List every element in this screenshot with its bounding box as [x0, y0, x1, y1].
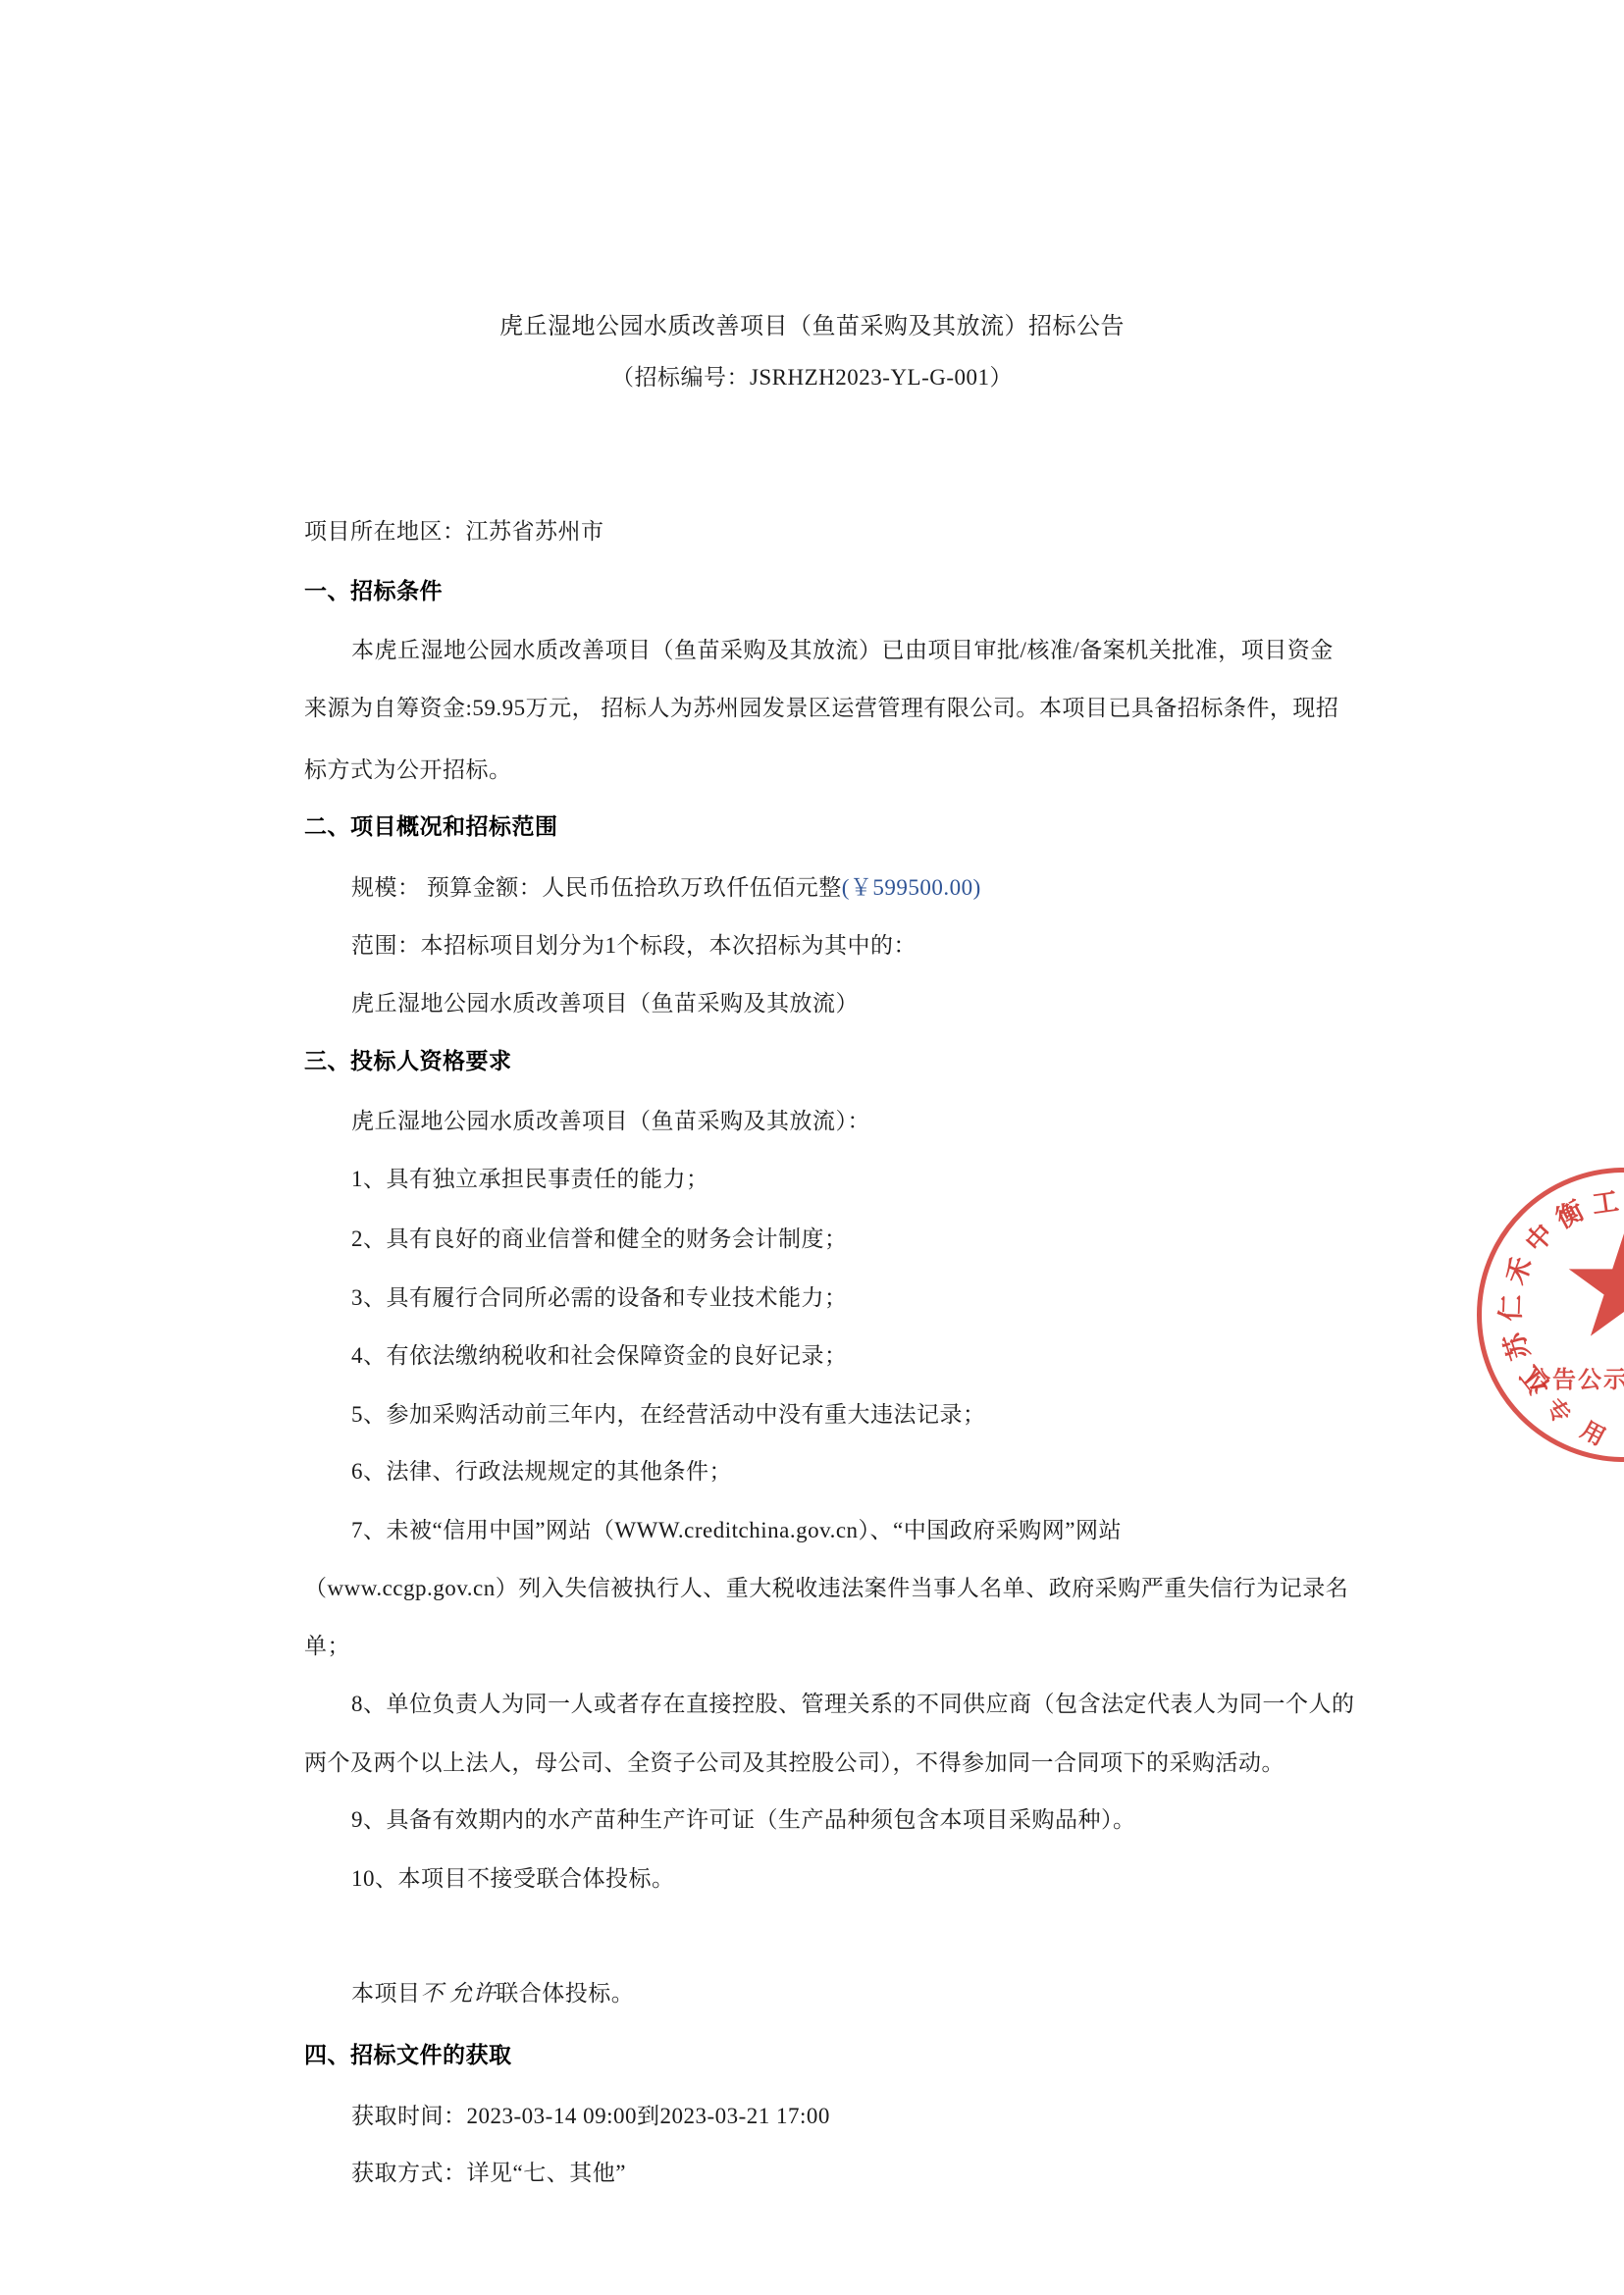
qualification-item-10: 10、本项目不接受联合体投标。: [351, 1864, 675, 1894]
stamp-arc-char: 中: [1516, 1215, 1563, 1262]
stamp-arc-char: 江: [1511, 1356, 1558, 1403]
section4-heading: 四、招标文件的获取: [304, 2041, 512, 2070]
qualification-item-8-cont: 两个及两个以上法人，母公司、全资子公司及其控股公司），不得参加同一合同项下的采购…: [304, 1748, 1284, 1778]
document-page: 虎丘湿地公园水质改善项目（鱼苗采购及其放流）招标公告 （招标编号：JSRHZH2…: [0, 0, 1624, 2295]
stamp-arc-char: 苏: [1496, 1326, 1539, 1368]
document-title: 虎丘湿地公园水质改善项目（鱼苗采购及其放流）招标公告: [0, 312, 1624, 341]
stamp-ring: [1477, 1168, 1624, 1462]
qualification-item-7-end: 单；: [304, 1632, 350, 1661]
qualification-item-1: 1、具有独立承担民事责任的能力；: [351, 1165, 709, 1194]
qualification-item-5: 5、参加采购活动前三年内，在经营活动中没有重大违法记录；: [351, 1400, 986, 1430]
joint-bid-value: 不 允许: [421, 1981, 497, 2006]
qualification-item-3: 3、具有履行合同所必需的设备和专业技术能力；: [351, 1283, 848, 1313]
stamp-inner-text: 公告公示: [1527, 1360, 1624, 1394]
joint-bid-suffix: 联合体投标。: [496, 1981, 634, 2006]
obtain-method-line: 获取方式：详见“七、其他”: [351, 2159, 626, 2188]
budget-text: 规模： 预算金额：人民币伍拾玖万玖仟伍佰元整: [351, 875, 842, 900]
qualification-intro: 虎丘湿地公园水质改善项目（鱼苗采购及其放流）：: [351, 1107, 870, 1136]
qualification-item-7: 7、未被“信用中国”网站（WWW.creditchina.gov.cn）、“中国…: [351, 1516, 1122, 1545]
project-location-line: 项目所在地区：江苏省苏州市: [304, 517, 604, 547]
stamp-arc-char: 工: [1587, 1184, 1624, 1222]
stamp-arc-char: 仁: [1493, 1290, 1528, 1325]
stamp-arc-char: 禾: [1497, 1249, 1541, 1292]
scope-line: 范围：本招标项目划分为1个标段，本次招标为其中的：: [351, 931, 917, 961]
scope-item: 虎丘湿地公园水质改善项目（鱼苗采购及其放流）: [351, 989, 859, 1018]
obtain-time-line: 获取时间：2023-03-14 09:00到2023-03-21 17:00: [351, 2102, 830, 2131]
stamp-bottom-char: 用: [1573, 1415, 1613, 1455]
section1-heading: 一、招标条件: [304, 577, 443, 606]
section2-heading: 二、项目概况和招标范围: [304, 812, 558, 842]
official-stamp: 江 苏 仁 禾 中 衡 工 ★ 公告公示 专 用: [0, 0, 1624, 2295]
joint-bid-prefix: 本项目: [351, 1981, 421, 2006]
joint-bid-line: 本项目不 允许联合体投标。: [351, 1979, 634, 2008]
section3-heading: 三、投标人资格要求: [304, 1047, 512, 1076]
qualification-item-7-cont: （www.ccgp.gov.cn）列入失信被执行人、重大税收违法案件当事人名单、…: [304, 1574, 1348, 1603]
document-subtitle: （招标编号：JSRHZH2023-YL-G-001）: [0, 363, 1624, 392]
section1-line-2: 来源为自筹资金:59.95万元， 招标人为苏州园发景区运营管理有限公司。本项目已…: [304, 694, 1338, 723]
budget-line: 规模： 预算金额：人民币伍拾玖万玖仟伍佰元整(￥599500.00): [351, 873, 981, 903]
stamp-bottom-char: 专: [1537, 1391, 1578, 1433]
qualification-item-9: 9、具备有效期内的水产苗种生产许可证（生产品种须包含本项目采购品种）。: [351, 1805, 1136, 1835]
qualification-item-6: 6、法律、行政法规规定的其他条件；: [351, 1457, 732, 1487]
budget-amount: (￥599500.00): [842, 875, 981, 900]
qualification-item-4: 4、有依法缴纳税收和社会保障资金的良好记录；: [351, 1341, 848, 1371]
qualification-item-8: 8、单位负责人为同一人或者存在直接控股、管理关系的不同供应商（包含法定代表人为同…: [351, 1690, 1355, 1719]
section1-line-3: 标方式为公开招标。: [304, 756, 512, 785]
stamp-star-icon: ★: [1543, 1211, 1624, 1360]
qualification-item-2: 2、具有良好的商业信誉和健全的财务会计制度；: [351, 1225, 848, 1254]
stamp-arc-char: 衡: [1547, 1192, 1593, 1237]
section1-line-1: 本虎丘湿地公园水质改善项目（鱼苗采购及其放流）已由项目审批/核准/备案机关批准，…: [351, 636, 1334, 665]
